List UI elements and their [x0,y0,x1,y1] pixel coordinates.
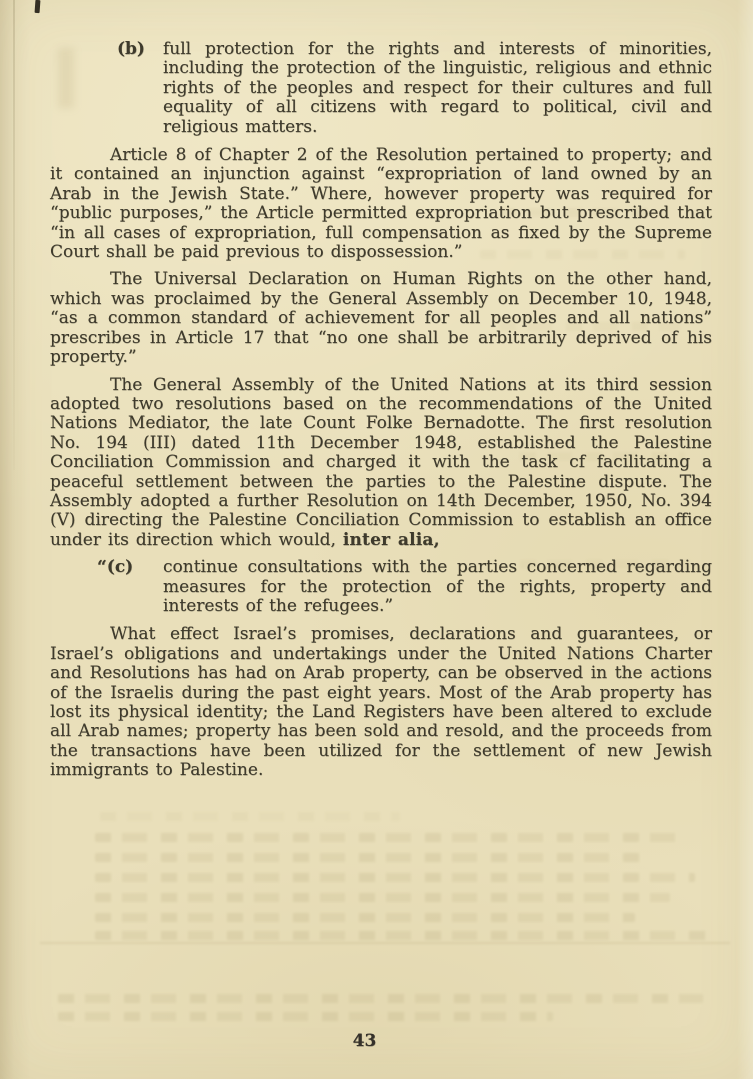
list-item-b-text: full protection for the rights and inter… [163,40,712,137]
bleed-through-artifact [95,893,670,902]
list-item-c: “(c) continue consultations with the par… [50,558,712,616]
list-item-b: (b) full protection for the rights and i… [50,40,712,137]
paragraph-general-assembly-text: The General Assembly of the United Natio… [50,375,712,550]
bleed-through-artifact [95,853,650,862]
bleed-through-rule [40,942,730,944]
bleed-through-artifact [95,873,695,882]
list-item-c-text: continue consultations with the parties … [163,558,712,616]
bleed-through-artifact [100,812,400,821]
paragraph-general-assembly: The General Assembly of the United Natio… [50,376,712,551]
bleed-through-footnote [58,1012,553,1021]
paragraph-universal-declaration: The Universal Declaration on Human Right… [50,270,712,367]
list-item-b-marker: (b) [117,40,145,59]
page-crease [13,0,15,470]
bleed-through-artifact [95,913,635,922]
scanned-page: (b) full protection for the rights and i… [0,0,753,1079]
scan-tick-artifact [35,0,41,13]
inter-alia-emphasis: inter alia, [343,530,440,550]
page-text-block: (b) full protection for the rights and i… [50,40,712,789]
paragraph-article-8: Article 8 of Chapter 2 of the Resolution… [50,146,712,262]
bleed-through-footnote [58,994,703,1003]
paragraph-what-effect: What effect Israel’s promises, declarati… [50,625,712,780]
bleed-through-artifact [95,833,685,842]
page-number: 43 [0,1031,741,1051]
list-item-c-marker: “(c) [97,558,133,577]
bleed-through-artifact [95,931,710,940]
